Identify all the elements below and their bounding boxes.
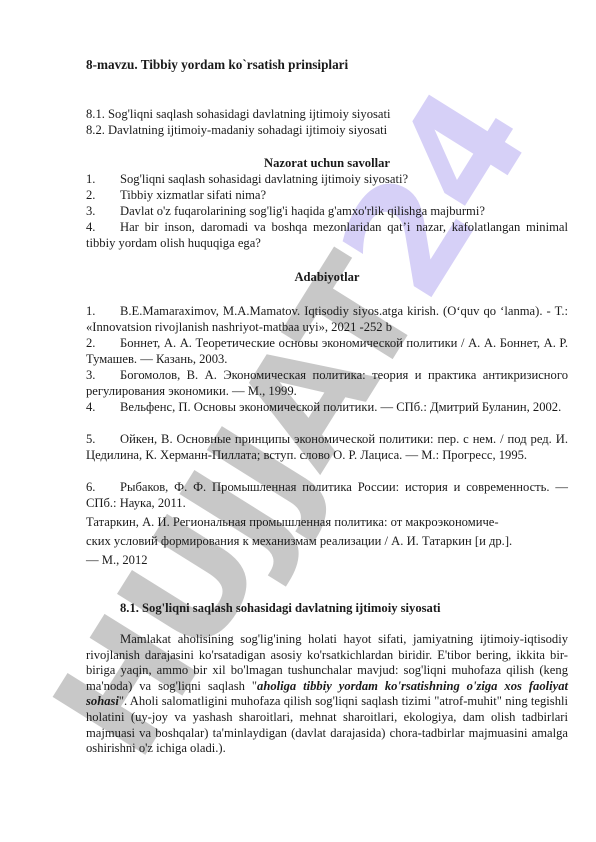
document-page: HUJJAT24 8-mavzu. Tibbiy yordam ko`rsati… <box>0 0 596 842</box>
question-item: 1.Sog'liqni saqlash sohasidagi davlatnin… <box>86 172 568 188</box>
page-title: 8-mavzu. Tibbiy yordam ko`rsatish prinsi… <box>86 57 568 73</box>
reference-item: 1.B.E.Mamaraximov, M.A.Mamatov. Iqtisodi… <box>86 304 568 335</box>
references-heading: Adabiyotlar <box>86 270 568 286</box>
question-item: 4.Har bir inson, daromadi va boshqa mezo… <box>86 220 568 251</box>
outline-item: 8.2. Davlatning ijtimoiy-madaniy sohadag… <box>86 123 568 139</box>
questions-heading: Nazorat uchun savollar <box>86 156 568 172</box>
reference-extra: Татаркин, А. И. Региональная промышленна… <box>86 513 568 570</box>
reference-item: 2.Боннет, А. А. Теоретические основы эко… <box>86 336 568 367</box>
question-item: 3.Davlat o'z fuqarolarining sog'lig'i ha… <box>86 204 568 220</box>
reference-item: 6.Рыбаков, Ф. Ф. Промышленная политика Р… <box>86 480 568 511</box>
outline-item: 8.1. Sog'liqni saqlash sohasidagi davlat… <box>86 107 568 123</box>
reference-item: 4.Вельфенс, П. Основы экономической поли… <box>86 400 568 416</box>
reference-item: 5.Ойкен, В. Основные принципы экономичес… <box>86 432 568 463</box>
section-heading: 8.1. Sog'liqni saqlash sohasidagi davlat… <box>86 601 568 617</box>
reference-item: 3.Богомолов, В. А. Экономическая политик… <box>86 368 568 399</box>
section-paragraph: Mamlakat aholisining sog'lig'ining holat… <box>86 632 568 757</box>
question-item: 2.Tibbiy xizmatlar sifati nima? <box>86 188 568 204</box>
